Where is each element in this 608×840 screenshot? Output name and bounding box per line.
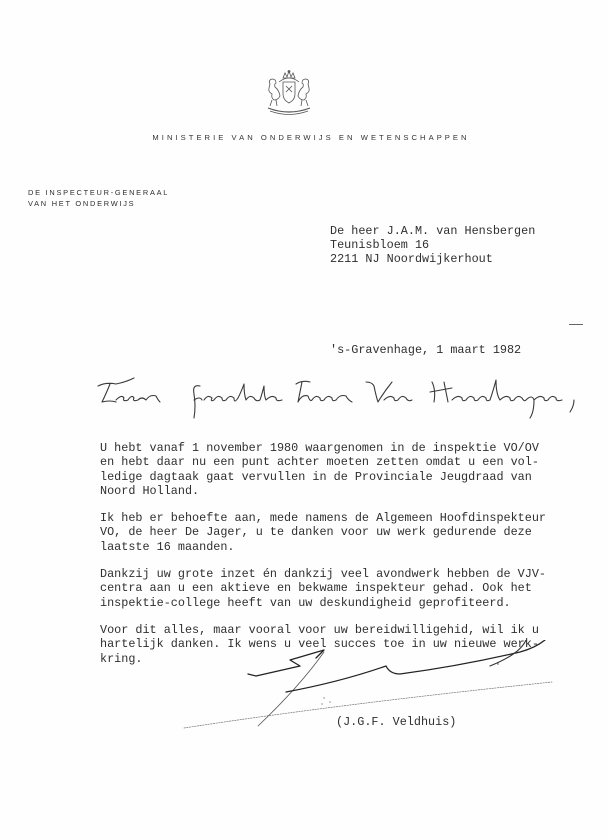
department-block: DE INSPECTEUR-GENERAAL VAN HET ONDERWIJS [28,187,169,209]
department-line: VAN HET ONDERWIJS [28,198,169,209]
recipient-name: De heer J.A.M. van Hensbergen [330,224,535,238]
recipient-address: De heer J.A.M. van Hensbergen Teunisbloe… [330,224,535,266]
recipient-street: Teunisbloem 16 [330,238,535,252]
letter-page: MINISTERIE VAN ONDERWIJS EN WETENSCHAPPE… [0,0,608,840]
body-paragraph: U hebt vanaf 1 november 1980 waargenomen… [100,441,570,498]
body-paragraph: Dankzij uw grote inzet én dankzij veel a… [100,567,570,610]
body-paragraph: Ik heb er behoefte aan, mede namens de A… [100,511,570,554]
dateline: 's-Gravenhage, 1 maart 1982 [330,343,521,357]
fold-mark [569,324,583,325]
recipient-city: 2211 NJ Noordwijkerhout [330,252,535,266]
signer-name: (J.G.F. Veldhuis) [336,715,456,729]
coat-of-arms-icon [264,70,314,116]
department-line: DE INSPECTEUR-GENERAAL [28,187,169,198]
ministry-name: MINISTERIE VAN ONDERWIJS EN WETENSCHAPPE… [0,133,608,142]
handwritten-salutation: Zeer geachte heer Van Hensbergen, [96,372,596,422]
